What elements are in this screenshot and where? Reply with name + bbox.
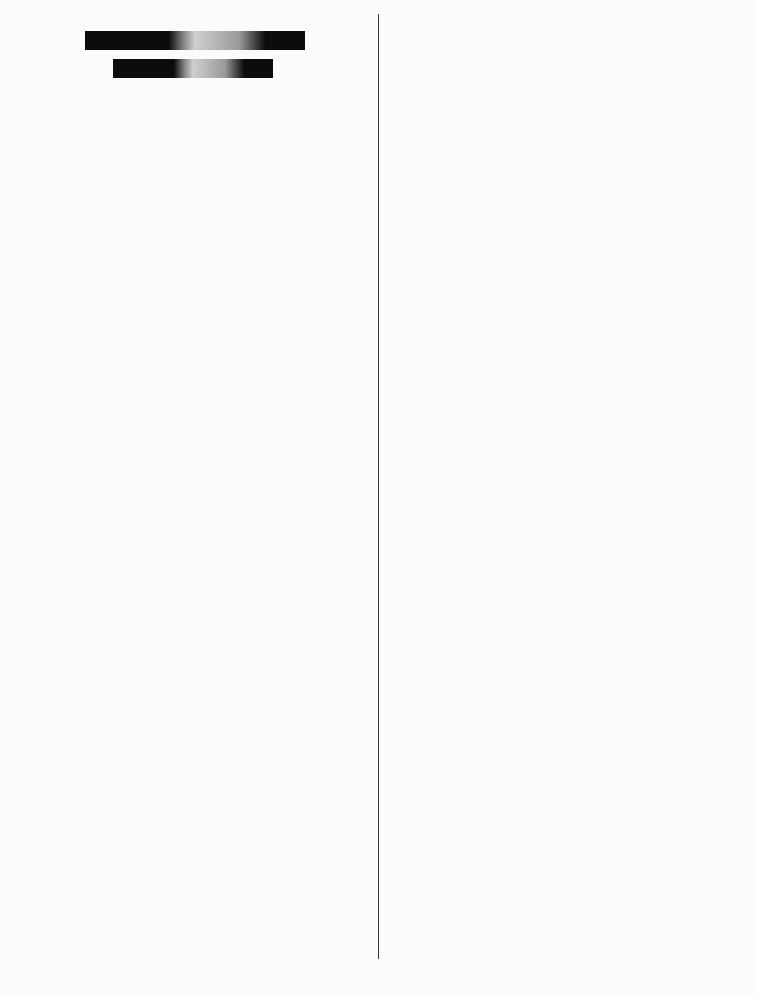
paragraph-line	[25, 126, 59, 146]
redacted-heading-bar	[113, 59, 273, 78]
paragraph-line	[25, 153, 59, 173]
paragraph-line	[25, 315, 59, 335]
column-divider	[378, 14, 379, 959]
redacted-heading-bar	[85, 31, 305, 50]
